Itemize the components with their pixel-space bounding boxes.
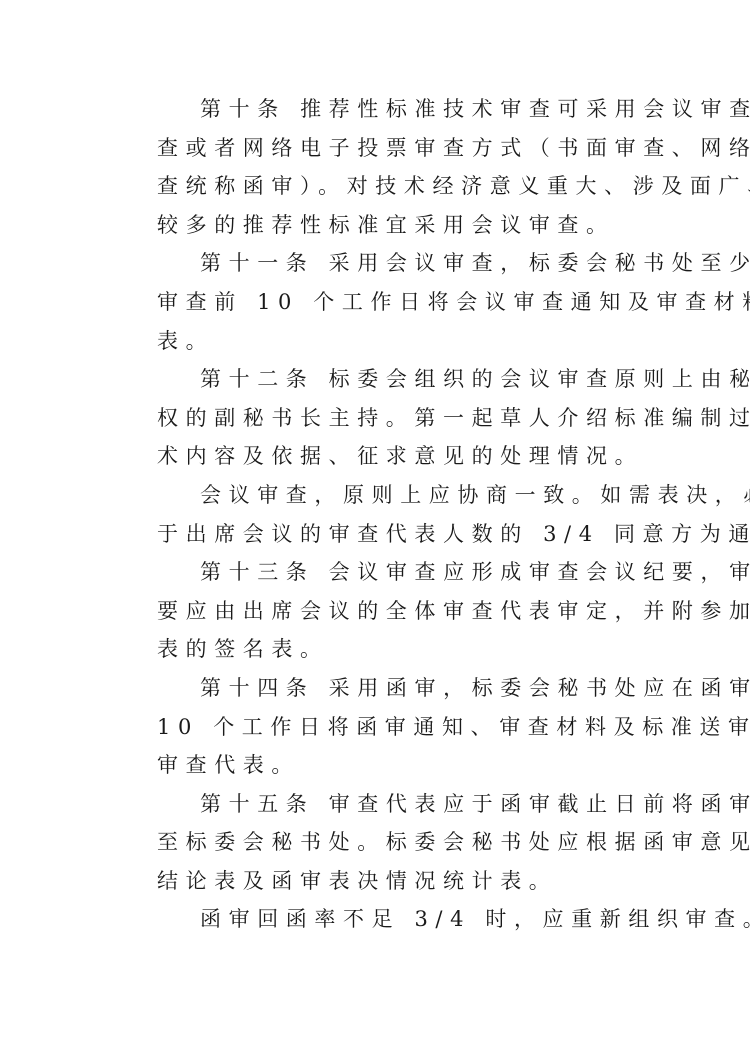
text-line: 函审回函率不足 3/4 时，应重新组织审查。回函率超过 [114, 900, 634, 939]
text-line: 表。 [114, 322, 634, 361]
text-line: 至标委会秘书处。标委会秘书处应根据函审意见，填写函审 [114, 823, 634, 862]
text-line: 第十条 推荐性标准技术审查可采用会议审查、书面审 [114, 90, 634, 129]
article-11: 第十一条 采用会议审查，标委会秘书处至少应在会议 审查前 10 个工作日将会议审… [114, 244, 634, 360]
text-line: 第十五条 审查代表应于函审截止日前将函审意见反馈 [114, 785, 634, 824]
text-line: 权的副秘书长主持。第一起草人介绍标准编制过程、主要技 [114, 399, 634, 438]
article-12-voting: 会议审查，原则上应协商一致。如需表决，必须有不少 于出席会议的审查代表人数的 3… [114, 476, 634, 553]
text-line: 术内容及依据、征求意见的处理情况。 [114, 437, 634, 476]
text-line: 会议审查，原则上应协商一致。如需表决，必须有不少 [114, 476, 634, 515]
text-line: 第十四条 采用函审，标委会秘书处应在函审截止日前 [114, 669, 634, 708]
article-13: 第十三条 会议审查应形成审查会议纪要，审查会议纪 要应由出席会议的全体审查代表审… [114, 553, 634, 669]
text-line: 10 个工作日将函审通知、审查材料及标准送审稿函审单提交 [114, 708, 634, 747]
text-line: 查或者网络电子投票审查方式（书面审查、网络电子投票审 [114, 129, 634, 168]
document-page: 第十条 推荐性标准技术审查可采用会议审查、书面审 查或者网络电子投票审查方式（书… [114, 90, 634, 939]
text-line: 第十三条 会议审查应形成审查会议纪要，审查会议纪 [114, 553, 634, 592]
article-15-response-rate: 函审回函率不足 3/4 时，应重新组织审查。回函率超过 [114, 900, 634, 939]
article-15: 第十五条 审查代表应于函审截止日前将函审意见反馈 至标委会秘书处。标委会秘书处应… [114, 785, 634, 901]
article-10: 第十条 推荐性标准技术审查可采用会议审查、书面审 查或者网络电子投票审查方式（书… [114, 90, 634, 244]
article-12: 第十二条 标委会组织的会议审查原则上由秘书长或授 权的副秘书长主持。第一起草人介… [114, 360, 634, 476]
text-line: 较多的推荐性标准宜采用会议审查。 [114, 206, 634, 245]
text-line: 查统称函审）。对技术经济意义重大、涉及面广、分歧意见 [114, 167, 634, 206]
text-line: 审查前 10 个工作日将会议审查通知及审查材料提交审查代 [114, 283, 634, 322]
text-line: 要应由出席会议的全体审查代表审定，并附参加会议审查代 [114, 592, 634, 631]
text-line: 审查代表。 [114, 746, 634, 785]
text-line: 表的签名表。 [114, 630, 634, 669]
text-line: 第十一条 采用会议审查，标委会秘书处至少应在会议 [114, 244, 634, 283]
article-14: 第十四条 采用函审，标委会秘书处应在函审截止日前 10 个工作日将函审通知、审查… [114, 669, 634, 785]
text-line: 于出席会议的审查代表人数的 3/4 同意方为通过。 [114, 515, 634, 554]
text-line: 结论表及函审表决情况统计表。 [114, 862, 634, 901]
text-line: 第十二条 标委会组织的会议审查原则上由秘书长或授 [114, 360, 634, 399]
